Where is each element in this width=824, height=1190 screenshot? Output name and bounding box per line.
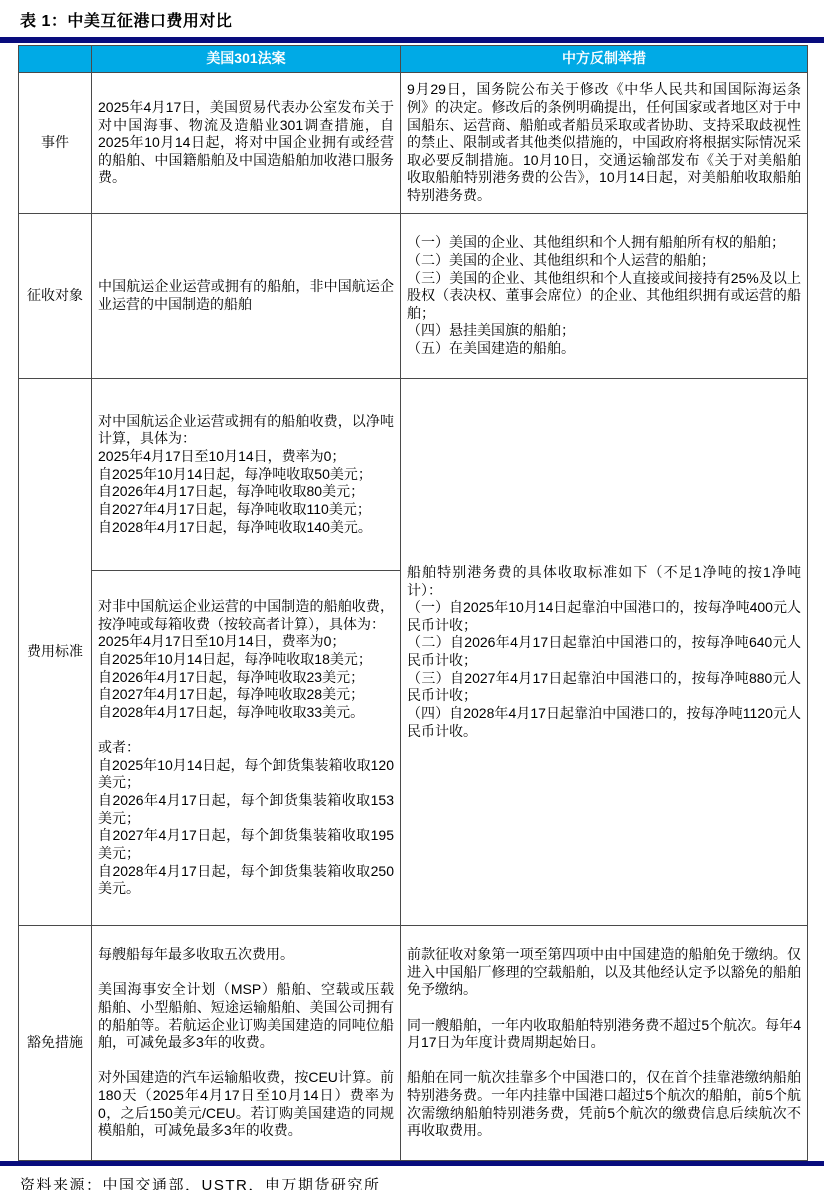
row-label-target: 征收对象: [19, 214, 92, 379]
title-rule: [0, 37, 824, 43]
report-page: 表 1：中美互征港口费用对比 美国301法案 中方反制举措 事件 2025年4月…: [0, 0, 824, 1190]
cell-target-us: 中国航运企业运营或拥有的船舶，非中国航运企业运营的中国制造的船舶: [92, 214, 401, 379]
cell-event-cn: 9月29日，国务院公布关于修改《中华人民共和国国际海运条例》的决定。修改后的条例…: [401, 73, 808, 214]
cell-target-cn: （一）美国的企业、其他组织和个人拥有船舶所有权的船舶； （二）美国的企业、其他组…: [401, 214, 808, 379]
cell-event-us: 2025年4月17日，美国贸易代表办公室发布关于对中国海事、物流及造船业301调…: [92, 73, 401, 214]
source-note: 资料来源：中国交通部，USTR，申万期货研究所: [20, 1174, 824, 1190]
row-label-event: 事件: [19, 73, 92, 214]
row-label-exemption: 豁免措施: [19, 926, 92, 1161]
table-header-row: 美国301法案 中方反制举措: [19, 46, 808, 73]
table-row-event: 事件 2025年4月17日，美国贸易代表办公室发布关于对中国海事、物流及造船业3…: [19, 73, 808, 214]
cell-fee-cn: 船舶特别港务费的具体收取标准如下（不足1净吨的按1净吨计）： （一）自2025年…: [401, 379, 808, 926]
table-row-target: 征收对象 中国航运企业运营或拥有的船舶，非中国航运企业运营的中国制造的船舶 （一…: [19, 214, 808, 379]
column-header-cn-countermeasures: 中方反制举措: [401, 46, 808, 73]
comparison-table: 美国301法案 中方反制举措 事件 2025年4月17日，美国贸易代表办公室发布…: [18, 45, 808, 1161]
cell-fee-us-chinese-operated: 对中国航运企业运营或拥有的船舶收费，以净吨计算，具体为： 2025年4月17日至…: [92, 379, 401, 571]
page-title: 表 1：中美互征港口费用对比: [0, 0, 824, 37]
cell-exemption-cn: 前款征收对象第一项至第四项中由中国建造的船舶免于缴纳。仅进入中国船厂修理的空载船…: [401, 926, 808, 1161]
column-header-us-301: 美国301法案: [92, 46, 401, 73]
cell-fee-us-china-built: 对非中国航运企业运营的中国制造的船舶收费，按净吨或每箱收费（按较高者计算），具体…: [92, 571, 401, 926]
footer-rule: [0, 1161, 824, 1166]
corner-cell: [19, 46, 92, 73]
table-row-exemption: 豁免措施 每艘船每年最多收取五次费用。 美国海事安全计划（MSP）船舶、空载或压…: [19, 926, 808, 1161]
table-row-fee-standard: 费用标准 对中国航运企业运营或拥有的船舶收费，以净吨计算，具体为： 2025年4…: [19, 379, 808, 571]
row-label-fee-standard: 费用标准: [19, 379, 92, 926]
cell-exemption-us: 每艘船每年最多收取五次费用。 美国海事安全计划（MSP）船舶、空载或压载船舶、小…: [92, 926, 401, 1161]
